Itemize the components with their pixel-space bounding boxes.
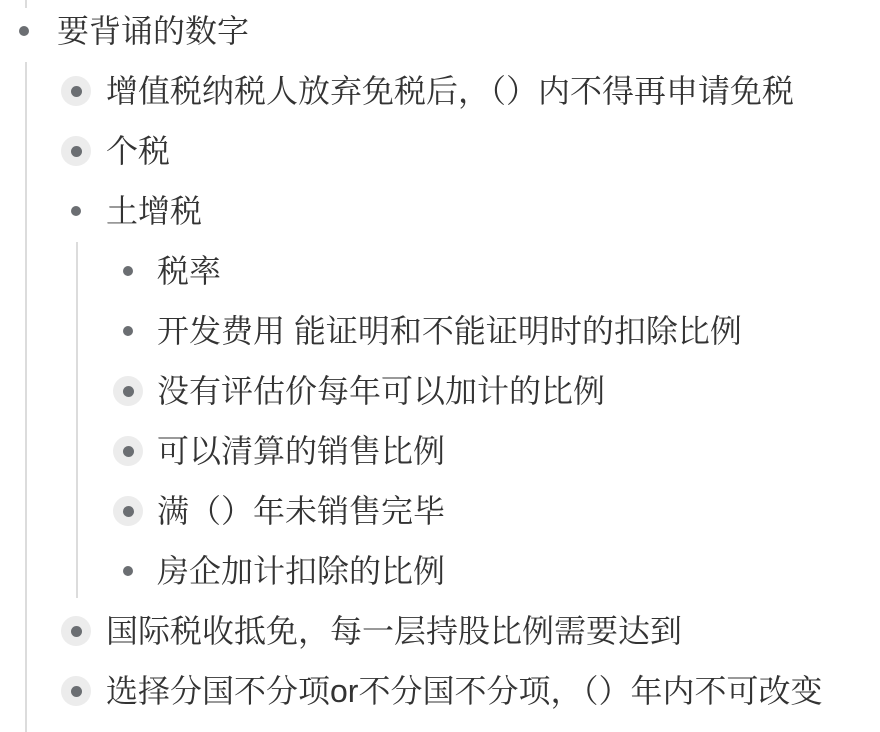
bullet-dot-icon (123, 566, 133, 576)
outline-item-text[interactable]: 土增税 (106, 181, 202, 241)
outline-item-text[interactable]: 税率 (157, 241, 221, 301)
outline-item[interactable]: 个税 (0, 121, 880, 181)
outline-item-text[interactable]: 要背诵的数字 (57, 1, 249, 61)
outline-item-text[interactable]: 个税 (106, 121, 170, 181)
bullet-icon[interactable] (113, 556, 143, 586)
bullet-icon[interactable] (113, 256, 143, 286)
bullet-dot-icon (123, 326, 133, 336)
outline-item-text[interactable]: 选择分国不分项or不分国不分项，（）年内不可改变 (106, 661, 822, 721)
collapsed-bullet-icon[interactable] (61, 136, 91, 166)
outline-item-text[interactable]: 没有评估价每年可以加计的比例 (157, 361, 605, 421)
outline-item[interactable]: 开发费用 能证明和不能证明时的扣除比例 (0, 301, 880, 361)
outline-item-text[interactable]: 国际税收抵免，每一层持股比例需要达到 (106, 601, 682, 661)
bullet-dot-icon (123, 506, 134, 517)
bullet-dot-icon (123, 446, 134, 457)
outline-item[interactable]: 税率 (0, 241, 880, 301)
outline-item[interactable]: 要背诵的数字 (0, 1, 880, 61)
outline-item[interactable]: 土增税 (0, 181, 880, 241)
collapsed-bullet-icon[interactable] (113, 436, 143, 466)
bullet-icon[interactable] (9, 16, 39, 46)
outline-canvas: 要背诵的数字 增值税纳税人放弃免税后，（）内不得再申请免税 个税 土增税 税率 … (0, 0, 880, 732)
outline-item-text[interactable]: 满（）年未销售完毕 (157, 481, 445, 541)
outline-item[interactable]: 选择分国不分项or不分国不分项，（）年内不可改变 (0, 661, 880, 721)
outline-item[interactable]: 增值税纳税人放弃免税后，（）内不得再申请免税 (0, 61, 880, 121)
outline-item[interactable]: 没有评估价每年可以加计的比例 (0, 361, 880, 421)
bullet-dot-icon (19, 26, 29, 36)
collapsed-bullet-icon[interactable] (61, 676, 91, 706)
bullet-dot-icon (123, 386, 134, 397)
collapsed-bullet-icon[interactable] (113, 496, 143, 526)
bullet-icon[interactable] (113, 316, 143, 346)
bullet-dot-icon (71, 86, 82, 97)
outline-item[interactable]: 可以清算的销售比例 (0, 421, 880, 481)
collapsed-bullet-icon[interactable] (61, 616, 91, 646)
bullet-dot-icon (123, 266, 133, 276)
bullet-dot-icon (71, 206, 81, 216)
bullet-dot-icon (71, 626, 82, 637)
outline-item-text[interactable]: 开发费用 能证明和不能证明时的扣除比例 (157, 301, 742, 361)
outline-item-text[interactable]: 增值税纳税人放弃免税后，（）内不得再申请免税 (106, 61, 794, 121)
outline-item[interactable]: 满（）年未销售完毕 (0, 481, 880, 541)
bullet-icon[interactable] (61, 196, 91, 226)
outline-item[interactable]: 房企加计扣除的比例 (0, 541, 880, 601)
bullet-dot-icon (71, 686, 82, 697)
collapsed-bullet-icon[interactable] (113, 376, 143, 406)
outline-item-text[interactable]: 可以清算的销售比例 (157, 421, 445, 481)
outline-item-text[interactable]: 房企加计扣除的比例 (157, 541, 445, 601)
collapsed-bullet-icon[interactable] (61, 76, 91, 106)
outline-item[interactable]: 国际税收抵免，每一层持股比例需要达到 (0, 601, 880, 661)
bullet-dot-icon (71, 146, 82, 157)
